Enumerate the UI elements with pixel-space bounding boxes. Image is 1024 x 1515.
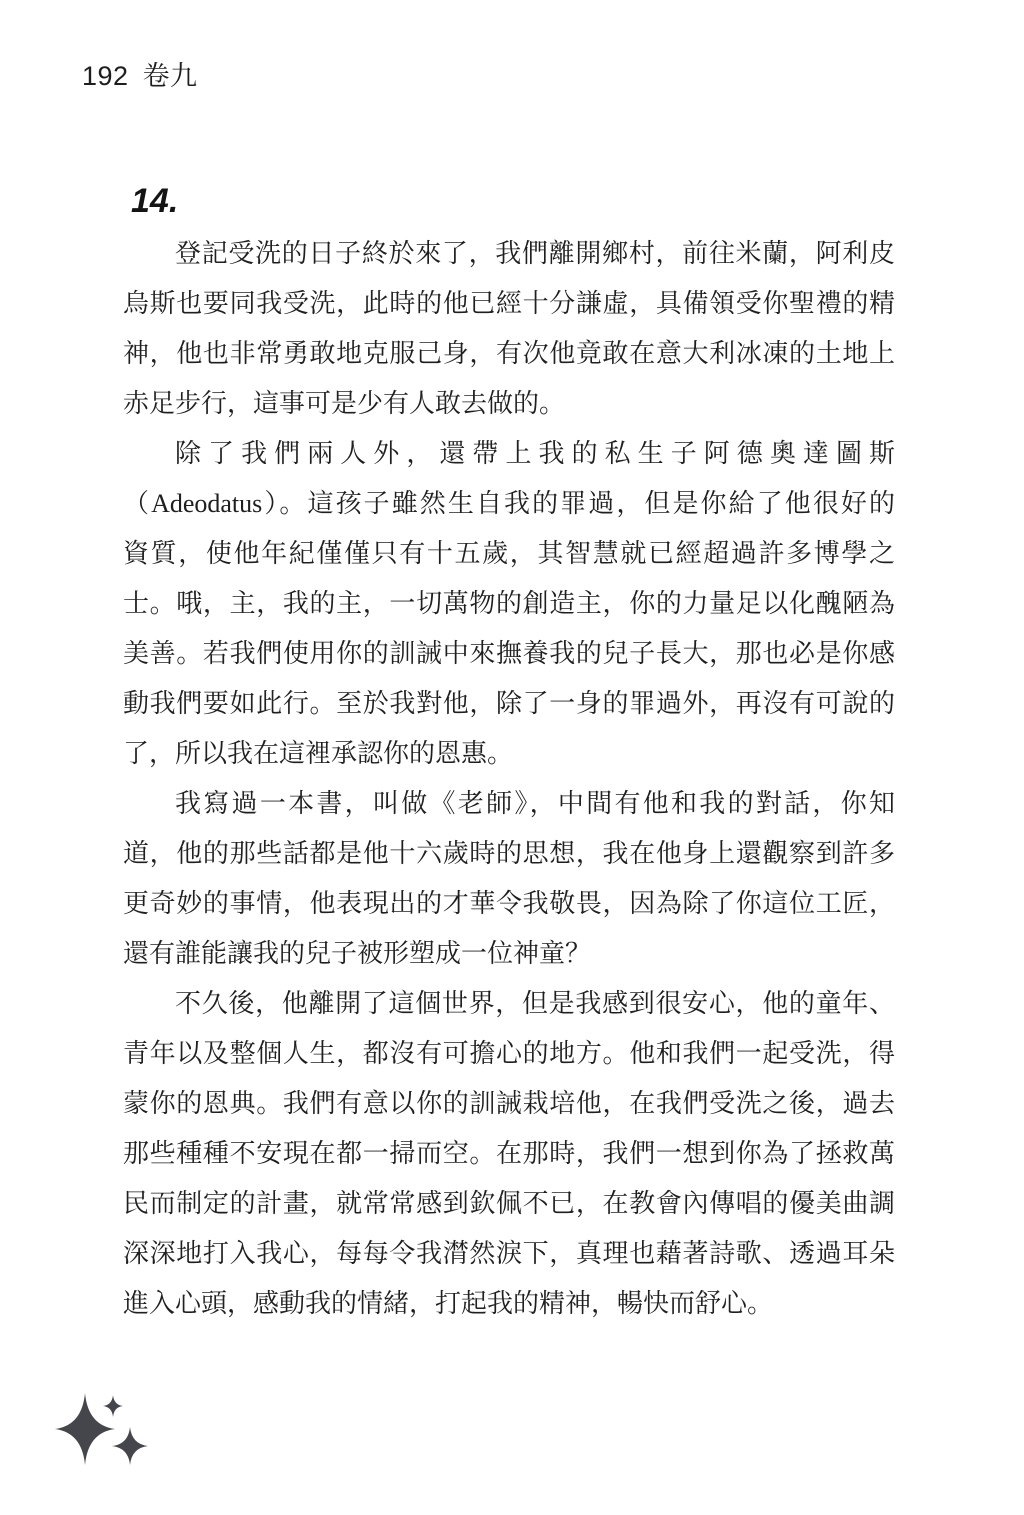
text-line: 更奇妙的事情，他表現出的才華令我敬畏，因為除了你這位工匠， [123,879,895,929]
paragraph: 不久後，他離開了這個世界，但是我感到很安心，他的童年、青年以及整個人生，都沒有可… [123,979,895,1329]
text-line: 除了我們兩人外，還帶上我的私生子阿德奧達圖斯 [123,429,895,479]
text-line: 民而制定的計畫，就常常感到欽佩不已，在教會內傳唱的優美曲調 [123,1179,895,1229]
book-page: 192卷九 14. 登記受洗的日子終於來了，我們離開鄉村，前往米蘭，阿利皮烏斯也… [0,0,1024,1515]
section-number: 14. [131,182,178,221]
text-line: 深深地打入我心，每每令我潸然淚下，真理也藉著詩歌、透過耳朵 [123,1229,895,1279]
text-line: 青年以及整個人生，都沒有可擔心的地方。他和我們一起受洗，得 [123,1029,895,1079]
paragraph: 登記受洗的日子終於來了，我們離開鄉村，前往米蘭，阿利皮烏斯也要同我受洗，此時的他… [123,229,895,429]
text-line: 美善。若我們使用你的訓誡中來撫養我的兒子長大，那也必是你感 [123,629,895,679]
text-line: 了，所以我在這裡承認你的恩惠。 [123,729,895,779]
paragraph: 我寫過一本書，叫做《老師》，中間有他和我的對話，你知道，他的那些話都是他十六歲時… [123,779,895,979]
sparkle-large [55,1393,115,1465]
text-line: 烏斯也要同我受洗，此時的他已經十分謙虛，具備領受你聖禮的精 [123,279,895,329]
sparkle-medium [112,1427,148,1465]
text-line: 我寫過一本書，叫做《老師》，中間有他和我的對話，你知 [123,779,895,829]
text-line: 動我們要如此行。至於我對他，除了一身的罪過外，再沒有可說的 [123,679,895,729]
sparkle-small [103,1395,123,1417]
text-line: 資質，使他年紀僅僅只有十五歲，其智慧就已經超過許多博學之 [123,529,895,579]
page-number: 192 [82,61,129,91]
text-line: 蒙你的恩典。我們有意以你的訓誡栽培他，在我們受洗之後，過去 [123,1079,895,1129]
text-line: 赤足步行，這事可是少有人敢去做的。 [123,379,895,429]
sparkles-icon [50,1372,170,1482]
text-line: 士。哦，主，我的主，一切萬物的創造主，你的力量足以化醜陋為 [123,579,895,629]
text-line: 還有誰能讓我的兒子被形塑成一位神童？ [123,929,895,979]
text-line: 那些種種不安現在都一掃而空。在那時，我們一想到你為了拯救萬 [123,1129,895,1179]
running-header: 192卷九 [82,54,198,93]
volume-title: 卷九 [143,61,198,91]
paragraph: 除了我們兩人外，還帶上我的私生子阿德奧達圖斯（Adeodatus）。這孩子雖然生… [123,429,895,779]
text-line: （Adeodatus）。這孩子雖然生自我的罪過，但是你給了他很好的 [123,479,895,529]
text-line: 不久後，他離開了這個世界，但是我感到很安心，他的童年、 [123,979,895,1029]
text-line: 道，他的那些話都是他十六歲時的思想，我在他身上還觀察到許多 [123,829,895,879]
text-line: 神，他也非常勇敢地克服己身，有次他竟敢在意大利冰凍的土地上 [123,329,895,379]
text-line: 登記受洗的日子終於來了，我們離開鄉村，前往米蘭，阿利皮 [123,229,895,279]
body-text: 登記受洗的日子終於來了，我們離開鄉村，前往米蘭，阿利皮烏斯也要同我受洗，此時的他… [123,229,895,1329]
text-line: 進入心頭，感動我的情緒，打起我的精神，暢快而舒心。 [123,1279,895,1329]
